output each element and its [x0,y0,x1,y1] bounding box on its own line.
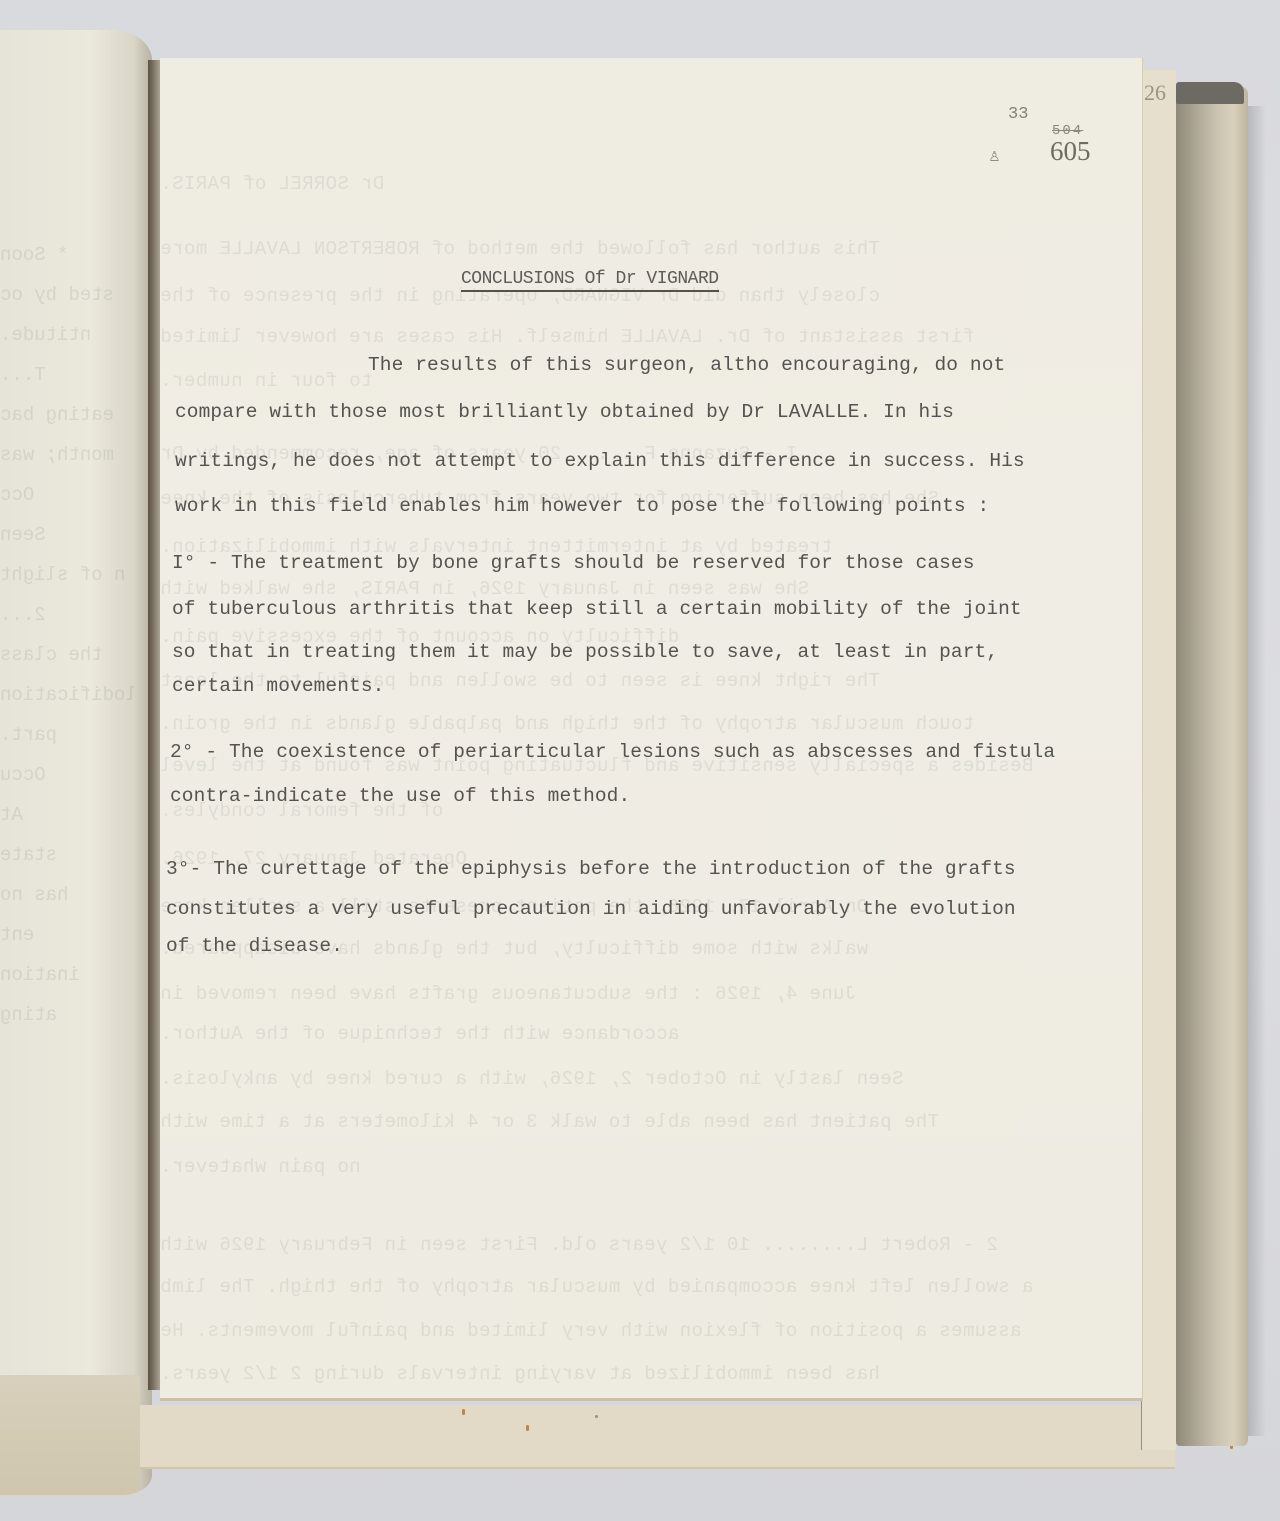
left-page: * Soon sted by oc ntitude. T... eating b… [0,30,152,1495]
show-through-line: a swollen left knee accompanied by muscu… [160,1276,1120,1298]
show-through-line: accordance with the technique of the Aut… [160,1023,1120,1045]
intro-line: The results of this surgeon, altho encou… [368,354,1005,376]
point-1-line: certain movements. [172,675,384,697]
point-1-line: of tuberculous arthritis that keep still… [172,598,1022,620]
point-1-line: so that in treating them it may be possi… [172,641,998,663]
point-1-line: I° - The treatment by bone grafts should… [172,552,975,574]
show-through-line: This author has followed the method of R… [160,238,1120,260]
intro-line: writings, he does not attempt to explain… [175,450,1025,472]
show-through-line: Dr SORREL of PARIS. [160,173,1120,195]
foxing-spot [462,1409,465,1415]
show-through-line: Seen lastly in October 2, 1926, with a c… [160,1068,1120,1090]
document-title: CONCLUSIONS Of Dr VIGNARD [461,269,719,292]
show-through-line: touch muscular atrophy of the thigh and … [160,713,1120,735]
point-3-line: 3°- The curettage of the epiphysis befor… [166,858,1016,880]
folio-number-top: 33 [1008,105,1028,124]
show-through-line: June 4, 1926 : the subcutaneous grafts h… [160,983,1120,1005]
left-page-lower-edge [0,1375,140,1495]
folio-stamp-mark: ♙ [989,145,1000,167]
show-through-line: first assistant of Dr. LAVALLE himself. … [160,326,1120,348]
book-shadow [1248,106,1266,1436]
point-3-line: constitutes a very useful precaution in … [166,898,1016,920]
foxing-spot [526,1425,529,1431]
typed-page: Dr SORREL of PARIS.This author has follo… [160,58,1143,1401]
book-board [140,1405,1175,1469]
book-cover-top [1176,82,1244,104]
page-edge-strip: 26 [1141,70,1176,1450]
show-through-line: 2 - Robert L........ 10 1/2 years old. F… [160,1234,1120,1256]
point-2-line: 2° - The coexistence of periarticular le… [170,741,1055,763]
book-fore-edge [1176,86,1248,1446]
intro-line: compare with those most brilliantly obta… [175,401,954,423]
edge-numeral: 26 [1144,84,1166,102]
folio-number-stamped: 605 [1050,136,1091,167]
show-through-line: assumes a position of flexion with very … [160,1320,1120,1342]
intro-line: work in this field enables him however t… [175,495,989,517]
show-through-line: has been immobilized at varying interval… [160,1363,1120,1385]
show-through-line: She was seen in January 1926, in PARIS, … [160,578,1120,600]
point-3-line: of the disease. [166,935,343,957]
left-page-show-through: * Soon sted by oc ntitude. T... eating b… [0,235,150,1035]
show-through-line: no pain whatever. [160,1156,1120,1178]
show-through-line: The patient has been able to walk 3 or 4… [160,1111,1120,1133]
foxing-spot [595,1415,598,1418]
point-2-line: contra-indicate the use of this method. [170,785,630,807]
